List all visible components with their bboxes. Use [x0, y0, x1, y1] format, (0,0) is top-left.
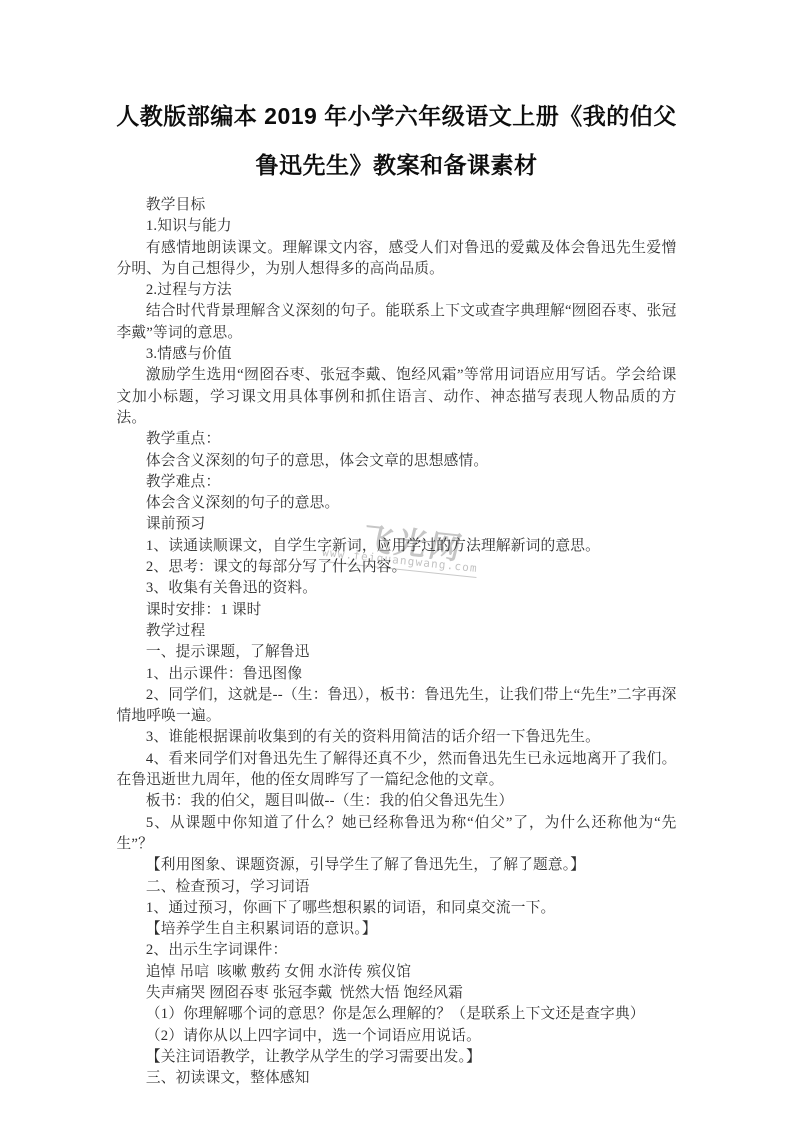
paragraph: 三、初读课文，整体感知: [117, 1068, 677, 1089]
paragraph: 2、同学们，这就是--（生：鲁迅），板书：鲁迅先生，让我们带上“先生”二字再深情…: [117, 685, 677, 728]
paragraph: 1.知识与能力: [117, 216, 677, 237]
paragraph: 激励学生选用“囫囵吞枣、张冠李戴、饱经风霜”等常用词语应用写话。学会给课文加小标…: [117, 365, 677, 429]
paragraph: 1、出示课件：鲁迅图像: [117, 664, 677, 685]
paragraph: 课时安排：1 课时: [117, 600, 677, 621]
paragraph: 结合时代背景理解含义深刻的句子。能联系上下文或查字典理解“囫囵吞枣、张冠李戴”等…: [117, 301, 677, 344]
paragraph: 【利用图象、课题资源，引导学生了解了鲁迅先生，了解了题意。】: [117, 855, 677, 876]
paragraph: （1）你理解哪个词的意思？你是怎么理解的？（是联系上下文还是查字典）: [117, 1004, 677, 1025]
document-title: 人教版部编本 2019 年小学六年级语文上册《我的伯父鲁迅先生》教案和备课素材: [114, 92, 679, 190]
paragraph: 教学难点：: [117, 472, 677, 493]
paragraph: 一、提示课题，了解鲁迅: [117, 642, 677, 663]
paragraph: 2.过程与方法: [117, 280, 677, 301]
paragraph: 1、通过预习，你画下了哪些想积累的词语，和同桌交流一下。: [117, 898, 677, 919]
paragraph: 1、读通读顺课文，自学生字新词，应用学过的方法理解新词的意思。: [117, 536, 677, 557]
paragraph: 5、从课题中你知道了什么？她已经称鲁迅为称“伯父”了，为什么还称他为“先生”？: [117, 813, 677, 856]
paragraph: 【关注词语教学，让教学从学生的学习需要出发。】: [117, 1047, 677, 1068]
paragraph: 课前预习: [117, 514, 677, 535]
document-body: 教学目标1.知识与能力有感情地朗读课文。理解课文内容，感受人们对鲁迅的爱戴及体会…: [117, 195, 677, 1089]
paragraph: 4、看来同学们对鲁迅先生了解得还真不少，然而鲁迅先生已永远地离开了我们。在鲁迅逝…: [117, 749, 677, 792]
paragraph: 二、检查预习，学习词语: [117, 877, 677, 898]
paragraph: 教学过程: [117, 621, 677, 642]
document-page: 人教版部编本 2019 年小学六年级语文上册《我的伯父鲁迅先生》教案和备课素材 …: [0, 0, 793, 1122]
paragraph: 体会含义深刻的句子的意思。: [117, 493, 677, 514]
paragraph: 有感情地朗读课文。理解课文内容，感受人们对鲁迅的爱戴及体会鲁迅先生爱憎分明、为自…: [117, 238, 677, 281]
paragraph: 追悼 吊唁 咳嗽 敷药 女佣 水浒传 殡仪馆: [117, 962, 677, 983]
paragraph: 教学目标: [117, 195, 677, 216]
paragraph: 3.情感与价值: [117, 344, 677, 365]
paragraph: 教学重点：: [117, 429, 677, 450]
paragraph: 2、出示生字词课件：: [117, 940, 677, 961]
paragraph: 体会含义深刻的句子的意思，体会文章的思想感情。: [117, 451, 677, 472]
paragraph: 【培养学生自主积累词语的意识。】: [117, 919, 677, 940]
paragraph: 3、收集有关鲁迅的资料。: [117, 578, 677, 599]
paragraph: 2、思考：课文的每部分写了什么内容。: [117, 557, 677, 578]
paragraph: （2）请你从以上四字词中，选一个词语应用说话。: [117, 1026, 677, 1047]
paragraph: 失声痛哭 囫囵吞枣 张冠李戴 恍然大悟 饱经风霜: [117, 983, 677, 1004]
paragraph: 板书：我的伯父，题目叫做--（生：我的伯父鲁迅先生）: [117, 791, 677, 812]
paragraph: 3、谁能根据课前收集到的有关的资料用简洁的话介绍一下鲁迅先生。: [117, 727, 677, 748]
